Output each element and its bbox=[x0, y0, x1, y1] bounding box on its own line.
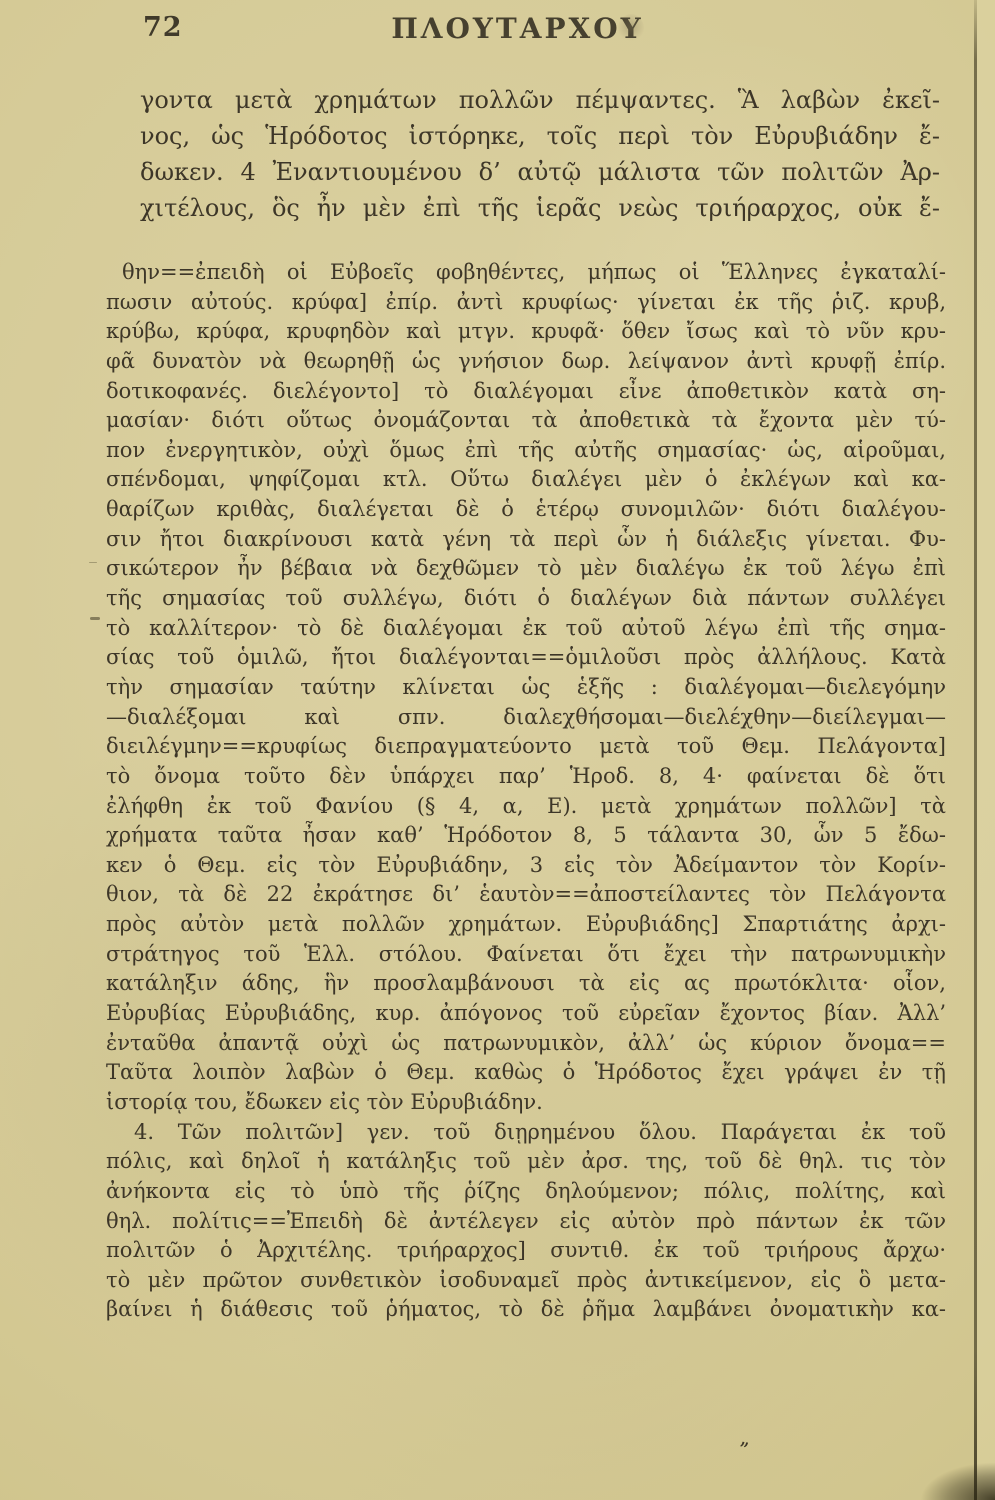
text-line: μασίαν· διότι οὕτως ὀνομάζονται τὰ ἀποθε… bbox=[106, 406, 946, 436]
ink-smudge bbox=[618, 14, 644, 42]
text-line: θην==ἐπειδὴ οἱ Εὐβοεῖς φοβηθέντες, μήπως… bbox=[106, 258, 946, 288]
text-line: δοτικοφανές. διελέγοντο] τὸ διαλέγομαι ε… bbox=[106, 377, 946, 407]
text-line: θηλ. πολίτις==Ἐπειδὴ δὲ ἀντέλεγεν εἰς αὐ… bbox=[106, 1207, 946, 1237]
text-line: στράτηγος τοῦ Ἑλλ. στόλου. Φαίνεται ὅτι … bbox=[106, 940, 946, 970]
text-line: πόλις, καὶ δηλοῖ ἡ κατάληξις τοῦ μὲν ἀρσ… bbox=[106, 1147, 946, 1177]
text-line: πρὸς αὐτὸν μετὰ πολλῶν χρημάτων. Εὐρυβιά… bbox=[106, 910, 946, 940]
text-line: πον ἐνεργητικὸν, οὐχὶ ὅμως ἐπὶ τῆς αὐτῆς… bbox=[106, 436, 946, 466]
text-line: κρύβω, κρύφα, κρυφηδὸν καὶ μτγν. κρυφᾶ· … bbox=[106, 317, 946, 347]
corner-shadow bbox=[920, 1462, 995, 1500]
page-edge-strip bbox=[977, 0, 995, 1500]
text-line: ἱστορίᾳ του, ἔδωκεν εἰς τὸν Εὐρυβιάδην. bbox=[106, 1088, 946, 1118]
text-line: Ταῦτα λοιπὸν λαβὼν ὁ Θεμ. καθὼς ὁ Ἡρόδοτ… bbox=[106, 1058, 946, 1088]
text-line: —διαλέξομαι καὶ σπν. διαλεχθήσομαι—διελέ… bbox=[106, 703, 946, 733]
text-line: φᾶ δυνατὸν νὰ θεωρηθῇ ὡς γνήσιον δωρ. λε… bbox=[106, 347, 946, 377]
text-line: ἐνταῦθα ἀπαντᾷ οὐχὶ ὡς πατρωνυμικὸν, ἀλλ… bbox=[106, 1029, 946, 1059]
text-line: χιτέλους, ὃς ἦν μὲν ἐπὶ τῆς ἱερᾶς νεὼς τ… bbox=[140, 190, 940, 226]
text-line: πολιτῶν ὁ Ἀρχιτέλης. τριήραρχος] συντιθ.… bbox=[106, 1236, 946, 1266]
main-text-block: γοντα μετὰ χρημάτων πολλῶν πέμψαντες. Ἃ … bbox=[140, 82, 940, 226]
text-line: διειλέγμην==κρυφίως διεπραγματεύοντο μετ… bbox=[106, 732, 946, 762]
page-edge-line bbox=[974, 0, 977, 1500]
book-page: 72 ΠΛΟΥΤΑΡΧΟΥ γοντα μετὰ χρημάτων πολλῶν… bbox=[0, 0, 995, 1500]
margin-speck bbox=[90, 617, 100, 620]
commentary-block: θην==ἐπειδὴ οἱ Εὐβοεῖς φοβηθέντες, μήπως… bbox=[106, 258, 946, 1325]
text-line: ἐλήφθη ἐκ τοῦ Φανίου (§ 4, α, Ε). μετὰ χ… bbox=[106, 792, 946, 822]
text-line: σιν ἤτοι διακρίνουσι κατὰ γένη τὰ περὶ ὧ… bbox=[106, 525, 946, 555]
text-line: Εὐρυβίας Εὐρυβιάδης, κυρ. ἀπόγονος τοῦ ε… bbox=[106, 999, 946, 1029]
text-line: τὸ ὄνομα τοῦτο δὲν ὑπάρχει παρ’ Ἡροδ. 8,… bbox=[106, 762, 946, 792]
text-line: κατάληξιν άδης, ἣν προσλαμβάνουσι τὰ εἰς… bbox=[106, 969, 946, 999]
text-line: κεν ὁ Θεμ. εἰς τὸν Εὐρυβιάδην, 3 εἰς τὸν… bbox=[106, 851, 946, 881]
text-line: 4. Τῶν πολιτῶν] γεν. τοῦ διῃρημένου ὅλου… bbox=[106, 1118, 946, 1148]
text-line: σπένδομαι, ψηφίζομαι κτλ. Οὕτω διαλέγει … bbox=[106, 465, 946, 495]
text-line: τῆς σημασίας τοῦ συλλέγω, διότι ὁ διαλέγ… bbox=[106, 584, 946, 614]
running-title: ΠΛΟΥΤΑΡΧΟΥ bbox=[0, 12, 995, 45]
stray-marks: ’’ bbox=[736, 1438, 747, 1463]
text-line: χρήματα ταῦτα ἦσαν καθ’ Ἡρόδοτον 8, 5 τά… bbox=[106, 821, 946, 851]
text-line: θιον, τὰ δὲ 22 ἐκράτησε δι’ ἑαυτὸν==ἀποσ… bbox=[106, 880, 946, 910]
text-line: θαρίζων κριθὰς, διαλέγεται δὲ ὁ ἑτέρῳ συ… bbox=[106, 495, 946, 525]
text-line: τὸ μὲν πρῶτον συνθετικὸν ἰσοδυναμεῖ πρὸς… bbox=[106, 1266, 946, 1296]
text-line: τὴν σημασίαν ταύτην κλίνεται ὡς ἑξῆς : δ… bbox=[106, 673, 946, 703]
text-line: γοντα μετὰ χρημάτων πολλῶν πέμψαντες. Ἃ … bbox=[140, 82, 940, 118]
text-line: βαίνει ἡ διάθεσις τοῦ ῥήματος, τὸ δὲ ῥῆμ… bbox=[106, 1295, 946, 1325]
text-line: σικώτερον ἦν βέβαια νὰ δεχθῶμεν τὸ μὲν δ… bbox=[106, 554, 946, 584]
text-line: δωκεν. 4 Ἐναντιουμένου δ’ αὐτῷ μάλιστα τ… bbox=[140, 154, 940, 190]
text-line: τὸ καλλίτερον· τὸ δὲ διαλέγομαι ἐκ τοῦ α… bbox=[106, 614, 946, 644]
text-line: σίας τοῦ ὁμιλῶ, ἤτοι διαλέγονται==ὁμιλοῦ… bbox=[106, 643, 946, 673]
text-line: ἀνήκοντα εἰς τὸ ὑπὸ τῆς ῥίζης δηλούμενον… bbox=[106, 1177, 946, 1207]
text-line: νος, ὡς Ἡρόδοτος ἱστόρηκε, τοῖς περὶ τὸν… bbox=[140, 118, 940, 154]
text-line: πωσιν αὐτούς. κρύφα] ἐπίρ. ἀντὶ κρυφίως·… bbox=[106, 288, 946, 318]
